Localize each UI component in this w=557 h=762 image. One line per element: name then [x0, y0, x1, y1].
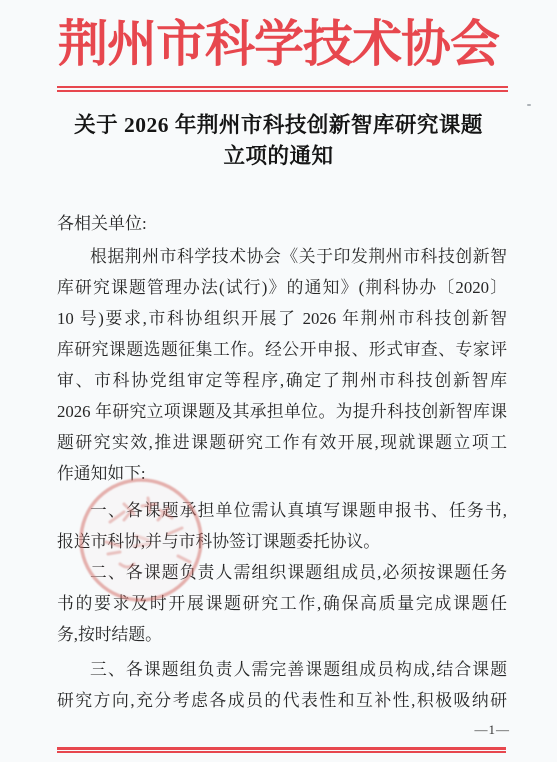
- footer-divider: [57, 747, 506, 753]
- body-line: 10 号)要求,市科协组织开展了 2026 年荆州市科技创新智: [57, 303, 507, 334]
- document-title-line-2: 立项的通知: [0, 141, 557, 172]
- body-line: 2026 年研究立项课题及其承担单位。为提升科技创新智库课: [57, 396, 507, 427]
- document-title-line-1: 关于 2026 年荆州市科技创新智库研究课题: [0, 110, 557, 141]
- body-line: 库研究课题管理办法(试行)》的通知》(荆科协办〔2020〕: [57, 272, 507, 303]
- letterhead-divider: [57, 86, 508, 92]
- letterhead-org-name: 荆州市科学技术协会: [0, 12, 557, 76]
- body-line: 报送市科协,并与市科协签订课题委托协议。: [57, 526, 507, 557]
- body-line: 根据荆州市科学技术协会《关于印发荆州市科技创新智: [57, 241, 507, 272]
- body-line: 二、各课题负责人需组织课题组成员,必须按课题任务: [57, 557, 507, 588]
- scan-artifact: [527, 104, 531, 106]
- document-title: 关于 2026 年荆州市科技创新智库研究课题 立项的通知: [0, 110, 557, 172]
- scanned-notice-page: 荆州市科学技术协会 关于 2026 年荆州市科技创新智库研究课题 立项的通知 各…: [0, 0, 557, 762]
- body-line: 审、市科协党组审定等程序,确定了荆州市科技创新智库: [57, 365, 507, 396]
- footer-divider-thick-line: [57, 747, 506, 750]
- document-body: 各相关单位: 根据荆州市科学技术协会《关于印发荆州市科技创新智 库研究课题管理办…: [57, 209, 507, 716]
- body-line: 书的要求及时开展课题研究工作,确保高质量完成课题任: [57, 588, 507, 619]
- salutation: 各相关单位:: [57, 209, 507, 239]
- letterhead-divider-thick-line: [57, 90, 508, 93]
- body-line: 务,按时结题。: [57, 619, 507, 650]
- body-line: 研究方向,充分考虑各成员的代表性和互补性,积极吸纳研: [57, 685, 507, 716]
- body-line: 库研究课题选题征集工作。经公开申报、形式审查、专家评: [57, 334, 507, 365]
- page-number: —1—: [475, 722, 511, 738]
- body-line: 作通知如下:: [57, 458, 507, 489]
- body-line: 一、各课题承担单位需认真填写课题申报书、任务书,: [57, 495, 507, 526]
- body-line: 题研究实效,推进课题研究工作有效开展,现就课题立项工: [57, 427, 507, 458]
- footer-divider-thin-line: [57, 751, 506, 753]
- letterhead-divider-thin-line: [57, 86, 508, 88]
- body-line: 三、各课题组负责人需完善课题组成员构成,结合课题: [57, 654, 507, 685]
